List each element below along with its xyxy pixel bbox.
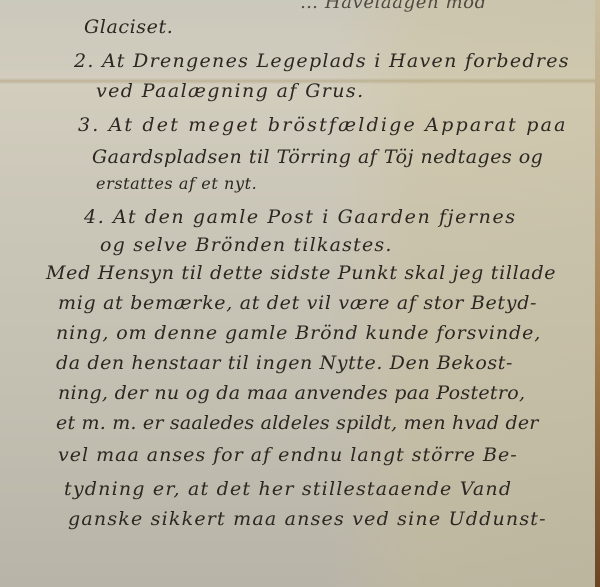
text-line-cutoff: … Havelaagen mod bbox=[300, 0, 487, 13]
paragraph-line: da den henstaar til ingen Nytte. Den Bek… bbox=[56, 352, 513, 374]
text-line: Glaciset. bbox=[84, 16, 173, 38]
paragraph-line: ning, der nu og da maa anvendes paa Post… bbox=[58, 382, 525, 404]
text-line: ved Paalægning af Grus. bbox=[96, 80, 365, 102]
document-page: … Havelaagen mod Glaciset. 2. At Drengen… bbox=[0, 0, 600, 587]
paragraph-line: ning, om denne gamle Brönd kunde forsvin… bbox=[56, 322, 541, 344]
paragraph-line: mig at bemærke, at det vil være af stor … bbox=[58, 292, 537, 314]
text-line: erstattes af et nyt. bbox=[96, 174, 257, 193]
paragraph-line: tydning er, at det her stillestaaende Va… bbox=[64, 478, 512, 500]
list-item-4: 4. At den gamle Post i Gaarden fjernes bbox=[84, 206, 517, 228]
text-line: og selve Brönden tilkastes. bbox=[100, 234, 393, 256]
paragraph-line: vel maa anses for af endnu langt större … bbox=[58, 444, 518, 466]
list-item-2: 2. At Drengenes Legeplads i Haven forbed… bbox=[74, 50, 570, 72]
list-item-3: 3. At det meget bröstfældige Apparat paa bbox=[78, 114, 568, 136]
text-line: Gaardspladsen til Törring af Töj nedtage… bbox=[92, 146, 543, 168]
paragraph-line: ganske sikkert maa anses ved sine Udduns… bbox=[68, 508, 547, 530]
paragraph-line: et m. m. er saaledes aldeles spildt, men… bbox=[56, 412, 539, 434]
page-edge bbox=[595, 0, 600, 587]
paragraph-line: Med Hensyn til dette sidste Punkt skal j… bbox=[46, 262, 556, 284]
